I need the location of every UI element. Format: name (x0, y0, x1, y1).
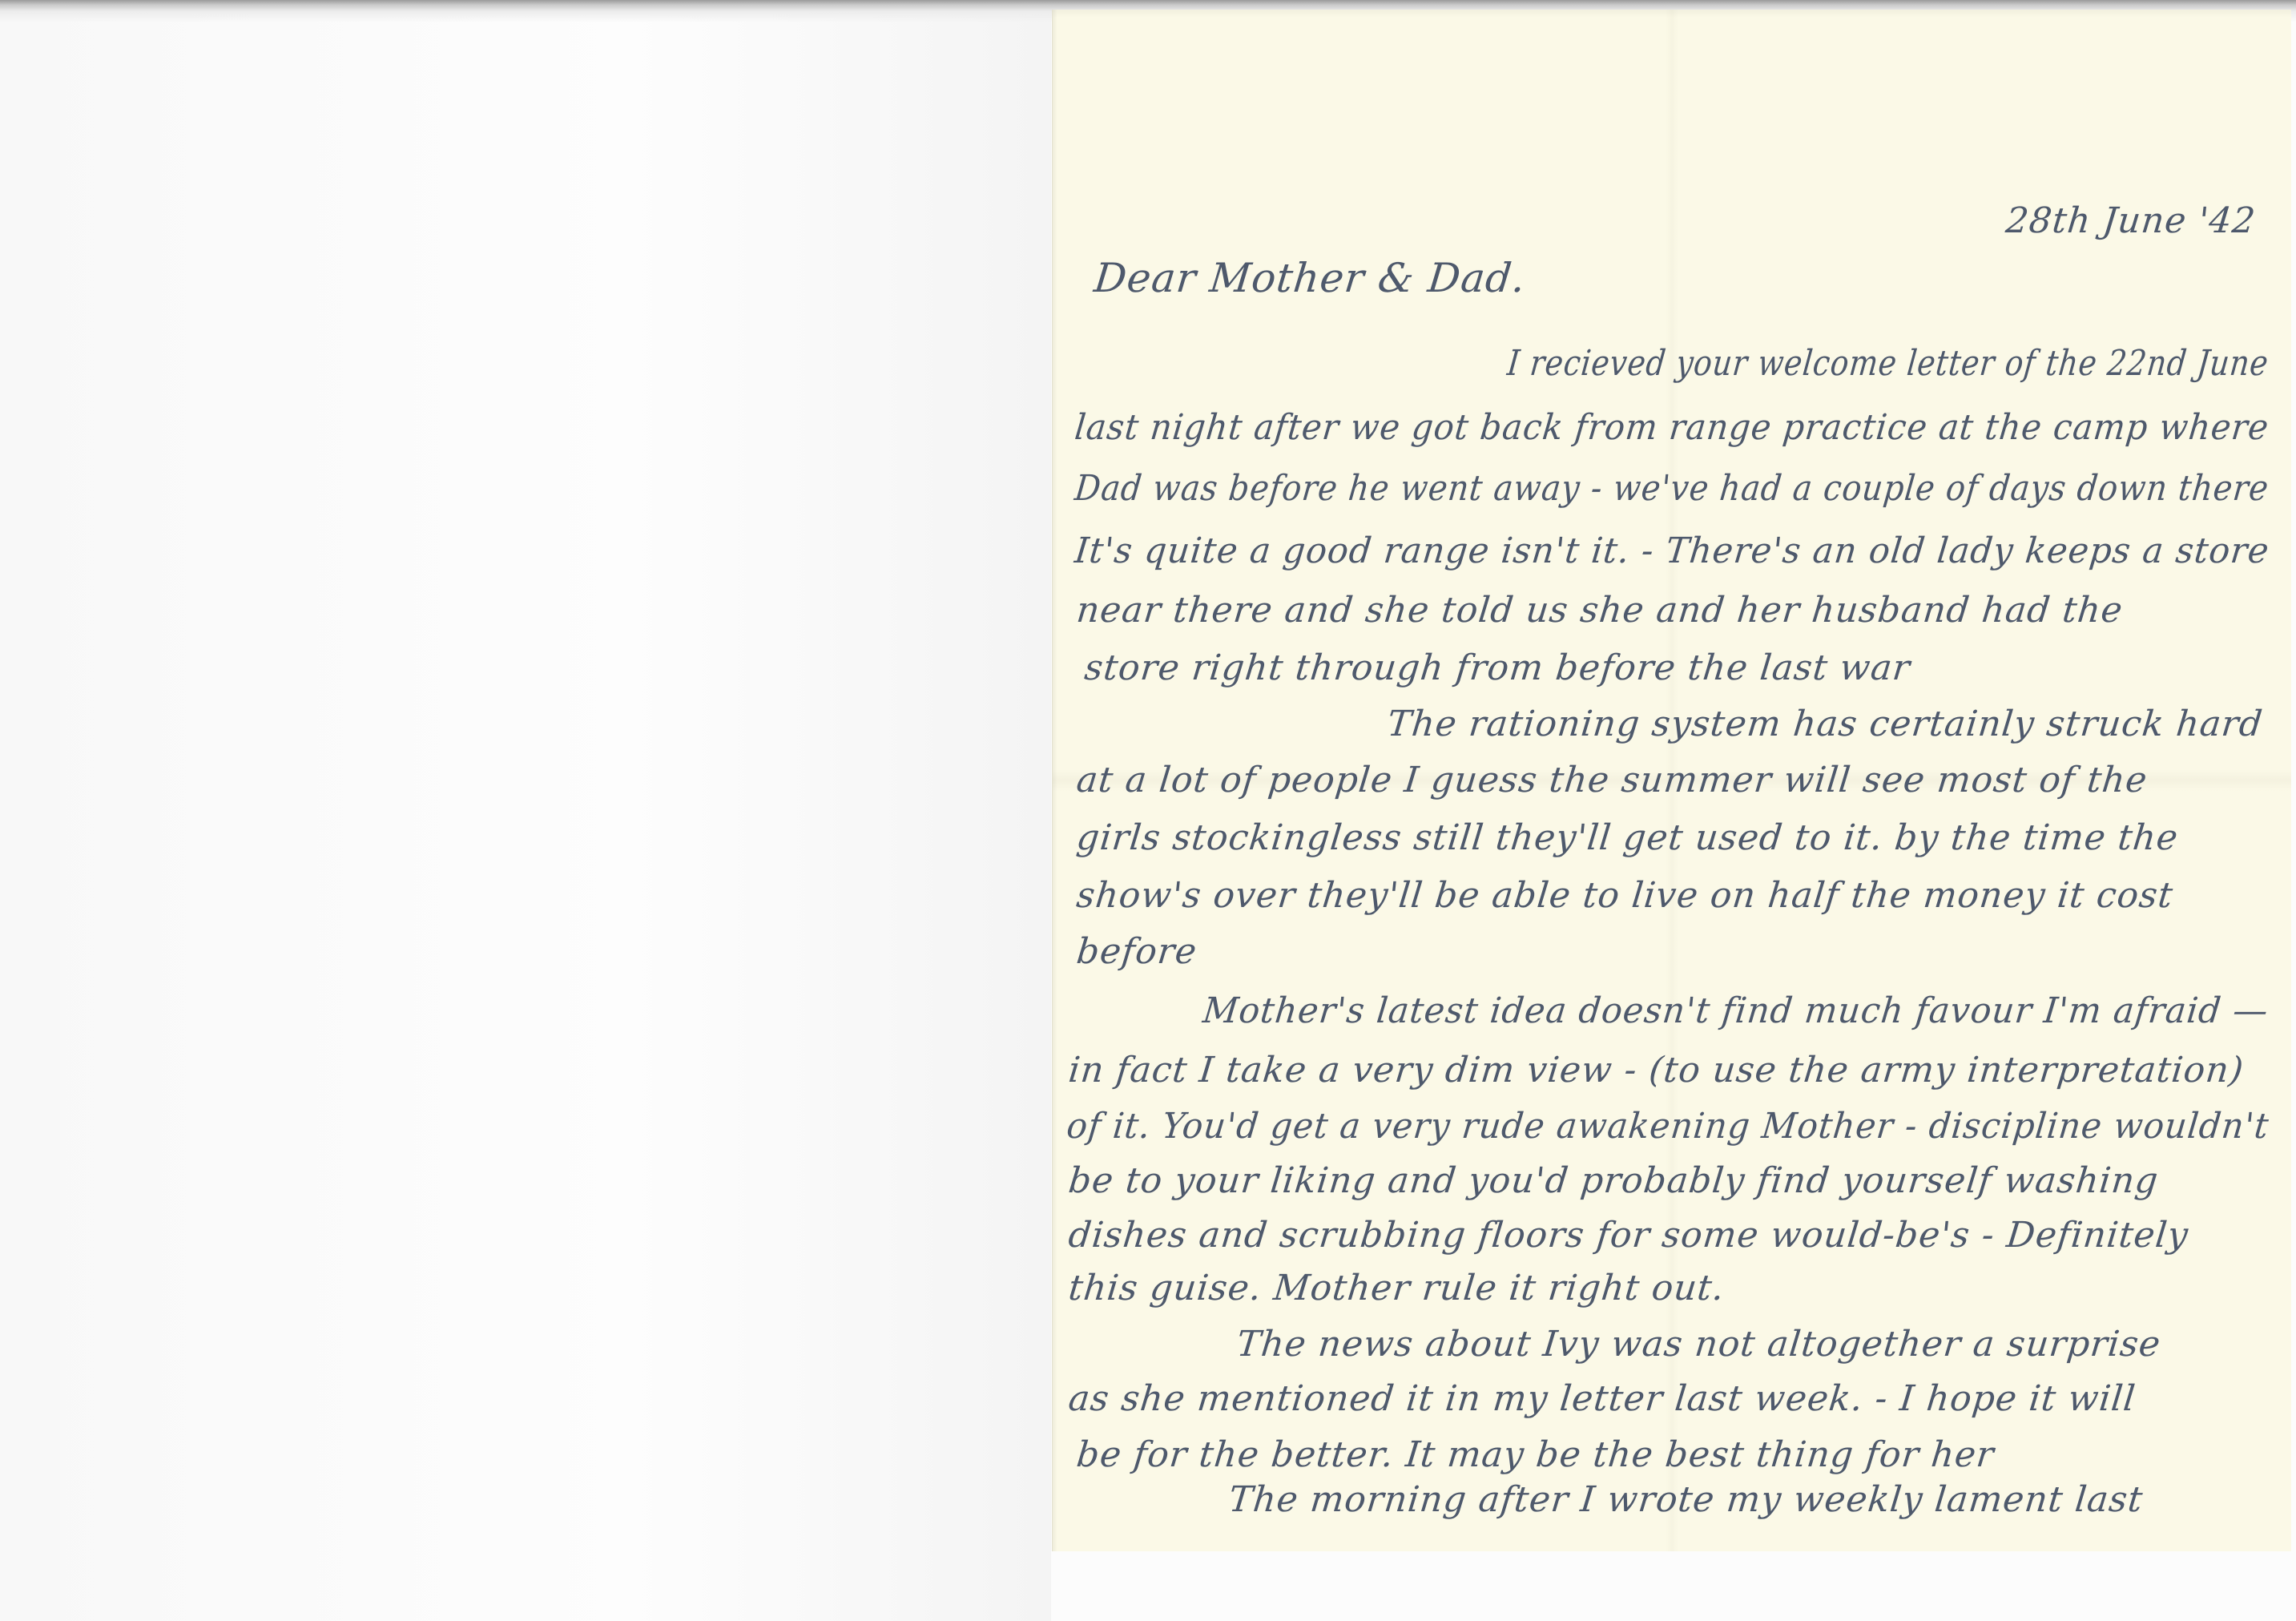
letter-line: It's quite a good range isn't it. - Ther… (1073, 534, 2270, 569)
letter-line: show's over they'll be able to live on h… (1075, 878, 2175, 913)
letter-line: The morning after I wrote my weekly lame… (1227, 1482, 2145, 1518)
letter-line: dishes and scrubbing floors for some wou… (1067, 1218, 2190, 1253)
letter-date: 28th June '42 (2004, 204, 2258, 239)
letter-line: The rationing system has certainly struc… (1386, 707, 2265, 742)
letter-line: store right through from before the last… (1083, 651, 1912, 686)
scanned-page: 28th June '42 Dear Mother & Dad. I recie… (0, 0, 2296, 1621)
letter-line: of it. You'd get a very rude awakening M… (1065, 1109, 2270, 1144)
letter-line: in fact I take a very dim view - (to use… (1067, 1053, 2246, 1088)
letter-line: be for the better. It may be the best th… (1075, 1438, 1996, 1473)
letter-line: girls stockingless still they'll get use… (1075, 821, 2181, 856)
letter-line: at a lot of people I guess the summer wi… (1075, 763, 2149, 798)
letter-line: Dad was before he went away - we've had … (1073, 471, 2270, 506)
letter-line: this guise. Mother rule it right out. (1067, 1271, 1726, 1306)
letter-line: before (1075, 934, 1199, 970)
blank-scanner-area (0, 6, 1051, 1621)
letter-sheet: 28th June '42 Dear Mother & Dad. I recie… (1053, 10, 2291, 1551)
letter-line: The news about Ivy was not altogether a … (1235, 1327, 2163, 1362)
letter-line: be to your liking and you'd probably fin… (1067, 1163, 2161, 1199)
letter-salutation: Dear Mother & Dad. (1092, 258, 1528, 298)
letter-line: last night after we got back from range … (1073, 410, 2270, 446)
letter-line: I recieved your welcome letter of the 22… (1505, 346, 2270, 381)
letter-line: Mother's latest idea doesn't find much f… (1201, 994, 2270, 1029)
letter-line: as she mentioned it in my letter last we… (1067, 1381, 2137, 1417)
letter-line: near there and she told us she and her h… (1075, 593, 2125, 628)
